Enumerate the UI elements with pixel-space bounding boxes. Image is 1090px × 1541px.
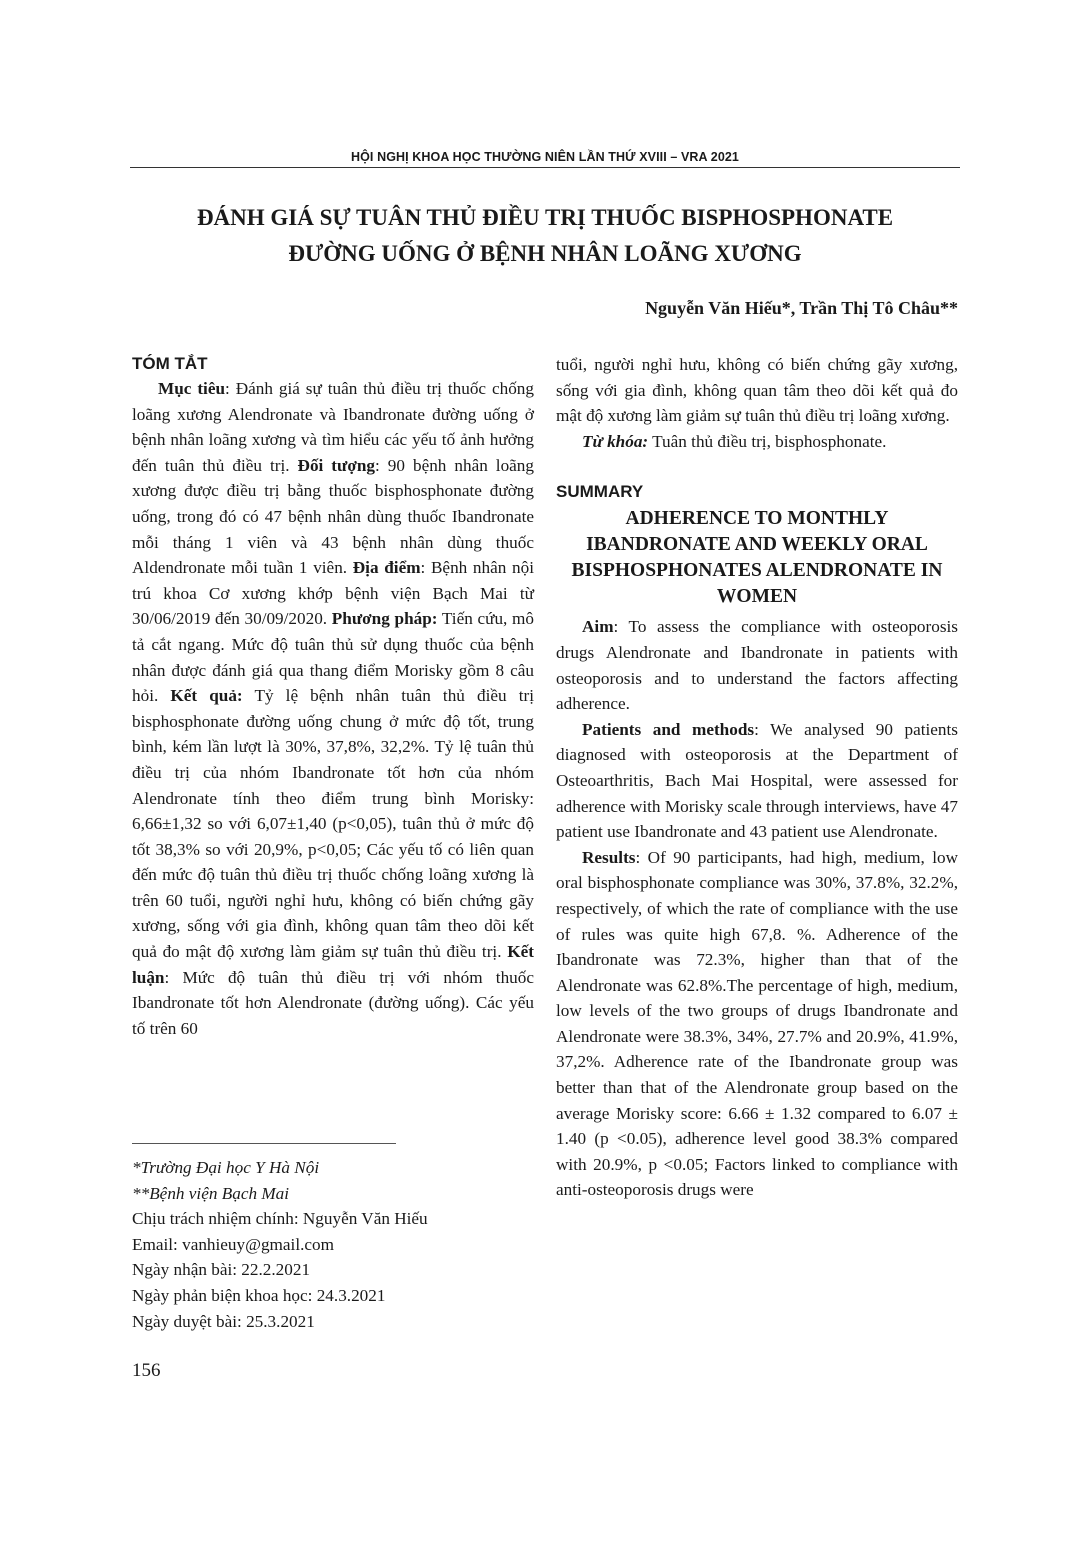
methods-label: Patients and methods <box>582 720 754 739</box>
date-reviewed: Ngày phản biện khoa học: 24.3.2021 <box>132 1283 428 1309</box>
page-number: 156 <box>132 1360 161 1382</box>
results-paragraph: Results: Of 90 participants, had high, m… <box>556 845 958 1203</box>
title-line-2: ĐƯỜNG UỐNG Ở BỆNH NHÂN LOÃNG XƯƠNG <box>130 236 960 272</box>
doi-tuong-label: Đối tượng <box>298 456 376 475</box>
muc-tieu-label: Mục tiêu <box>158 379 225 398</box>
affiliation-1: *Trường Đại học Y Hà Nội <box>132 1155 428 1181</box>
methods-paragraph: Patients and methods: We analysed 90 pat… <box>556 717 958 845</box>
ket-qua-text: Tỷ lệ bệnh nhân tuân thủ điều trị bispho… <box>132 686 534 961</box>
aim-text: : To assess the compliance with osteopor… <box>556 617 958 713</box>
footnotes: *Trường Đại học Y Hà Nội **Bệnh viện Bạc… <box>132 1155 428 1334</box>
date-accepted: Ngày duyệt bài: 25.3.2021 <box>132 1309 428 1335</box>
abstract-vi-heading: TÓM TẮT <box>132 352 534 376</box>
corresponding-author: Chịu trách nhiệm chính: Nguyễn Văn Hiếu <box>132 1206 428 1232</box>
ket-luan-text-left: : Mức độ tuân thủ điều trị với nhóm thuố… <box>132 968 534 1038</box>
email: Email: vanhieuy@gmail.com <box>132 1232 428 1258</box>
ket-qua-label: Kết quả: <box>170 686 242 705</box>
title-line-1: ĐÁNH GIÁ SỰ TUÂN THỦ ĐIỀU TRỊ THUỐC BISP… <box>130 200 960 236</box>
running-header: HỘI NGHỊ KHOA HỌC THƯỜNG NIÊN LẦN THỨ XV… <box>130 150 960 168</box>
article-title: ĐÁNH GIÁ SỰ TUÂN THỦ ĐIỀU TRỊ THUỐC BISP… <box>130 200 960 272</box>
results-text: : Of 90 participants, had high, medium, … <box>556 848 958 1200</box>
abstract-vi-body: Mục tiêu: Đánh giá sự tuân thủ điều trị … <box>132 376 534 1041</box>
keywords: Từ khóa: Tuân thủ điều trị, bisphosphona… <box>556 429 958 455</box>
affiliation-2: **Bệnh viện Bạch Mai <box>132 1181 428 1207</box>
summary-heading: SUMMARY <box>556 480 958 504</box>
left-column: TÓM TẮT Mục tiêu: Đánh giá sự tuân thủ đ… <box>132 352 534 1041</box>
ket-luan-continuation: tuổi, người nghỉ hưu, không có biến chứn… <box>556 352 958 429</box>
dia-diem-label: Địa điểm <box>353 558 421 577</box>
aim-label: Aim <box>582 617 614 636</box>
english-title: ADHERENCE TO MONTHLY IBANDRONATE AND WEE… <box>556 506 958 610</box>
phuong-phap-label: Phương pháp: <box>332 609 438 628</box>
authors: Nguyễn Văn Hiếu*, Trần Thị Tô Châu** <box>645 298 958 319</box>
results-label: Results <box>582 848 635 867</box>
keywords-label: Từ khóa: <box>582 432 648 451</box>
date-received: Ngày nhận bài: 22.2.2021 <box>132 1257 428 1283</box>
aim-paragraph: Aim: To assess the compliance with osteo… <box>556 614 958 716</box>
footnote-divider <box>132 1143 396 1144</box>
keywords-text: Tuân thủ điều trị, bisphosphonate. <box>648 432 886 451</box>
right-column: tuổi, người nghỉ hưu, không có biến chứn… <box>556 352 958 1203</box>
